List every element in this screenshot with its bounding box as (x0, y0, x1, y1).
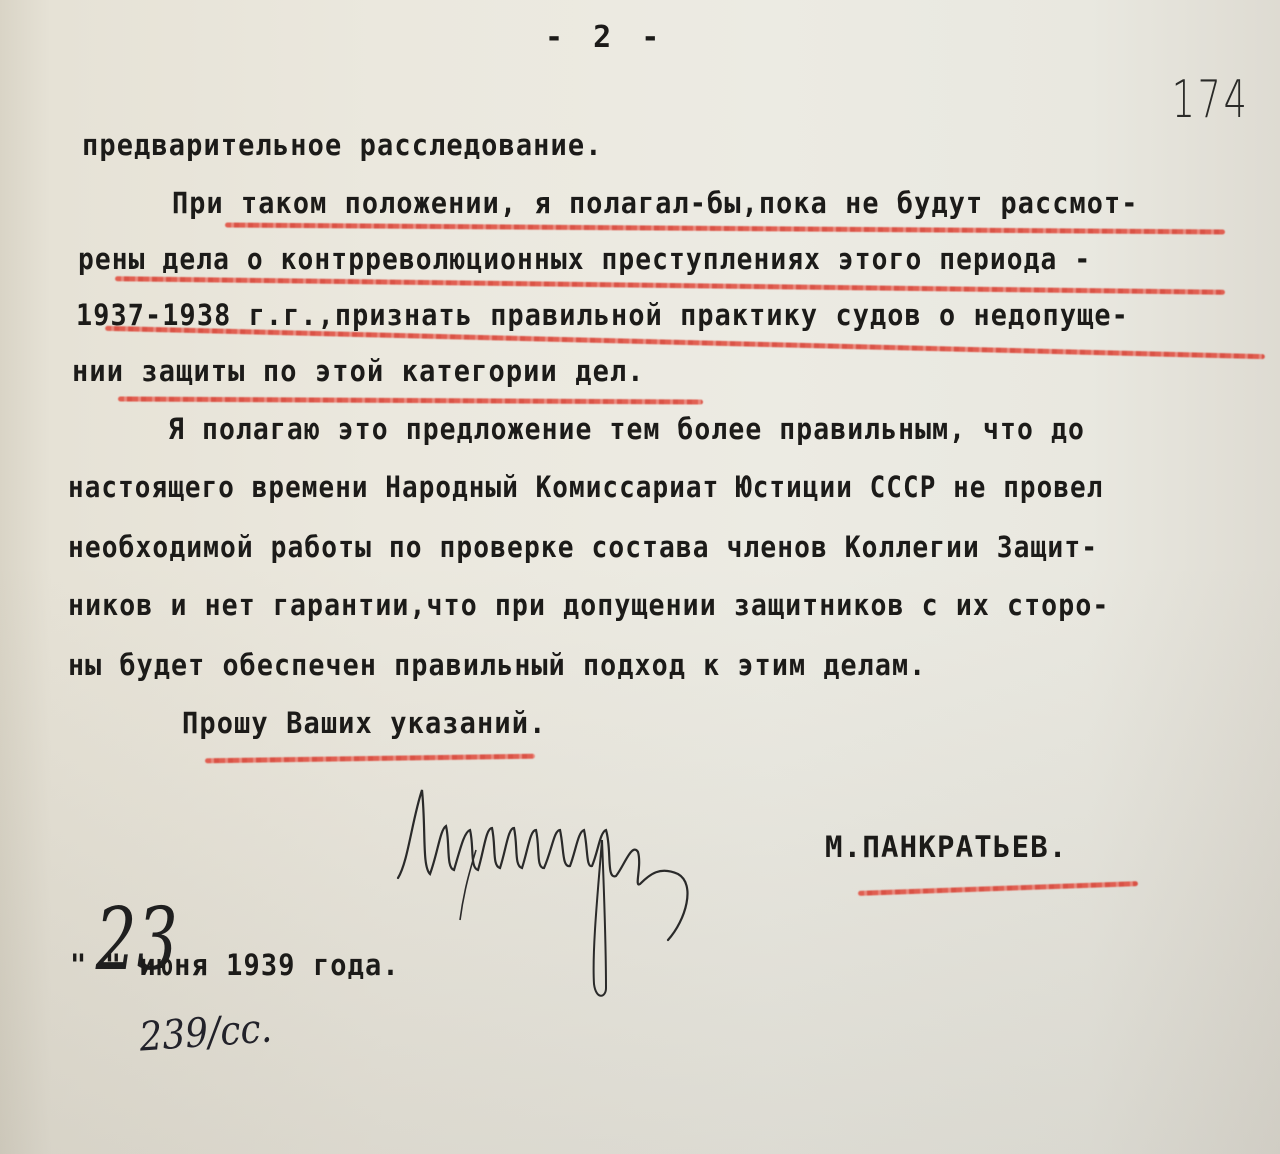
handwritten-folio-number: 174 (1172, 70, 1250, 130)
date-line: " " июня 1939 года. (70, 948, 400, 982)
text-line: Я полагаю это предложение тем более прав… (168, 412, 1085, 446)
text-line: ны будет обеспечен правильный подход к э… (68, 648, 926, 682)
handwritten-signature (380, 770, 850, 1000)
handwritten-reference-number: 239/сс. (138, 1005, 273, 1060)
red-pencil-underline (118, 396, 703, 404)
page-number: - 2 - (545, 20, 665, 55)
red-pencil-underline (115, 276, 1225, 295)
red-pencil-underline (225, 223, 1225, 235)
text-line: настоящего времени Народный Комиссариат … (68, 470, 1103, 504)
text-line: 1937-1938 г.г.,признать правильной практ… (76, 298, 1129, 332)
text-line: необходимой работы по проверке состава ч… (68, 530, 1098, 564)
text-line: рены дела о контрреволюционных преступле… (78, 242, 1091, 276)
document-page: - 2 - 174 предварительное расследование.… (0, 0, 1280, 1154)
signatory-name: М.ПАНКРАТЬЕВ. (825, 830, 1068, 864)
text-line-request: Прошу Ваших указаний. (182, 706, 546, 740)
text-line: нии защиты по этой категории дел. (72, 354, 645, 388)
text-line: ников и нет гарантии,что при допущении з… (68, 588, 1109, 622)
text-line: предварительное расследование. (82, 128, 603, 162)
text-line: При таком положении, я полагал-бы,пока н… (172, 186, 1139, 220)
